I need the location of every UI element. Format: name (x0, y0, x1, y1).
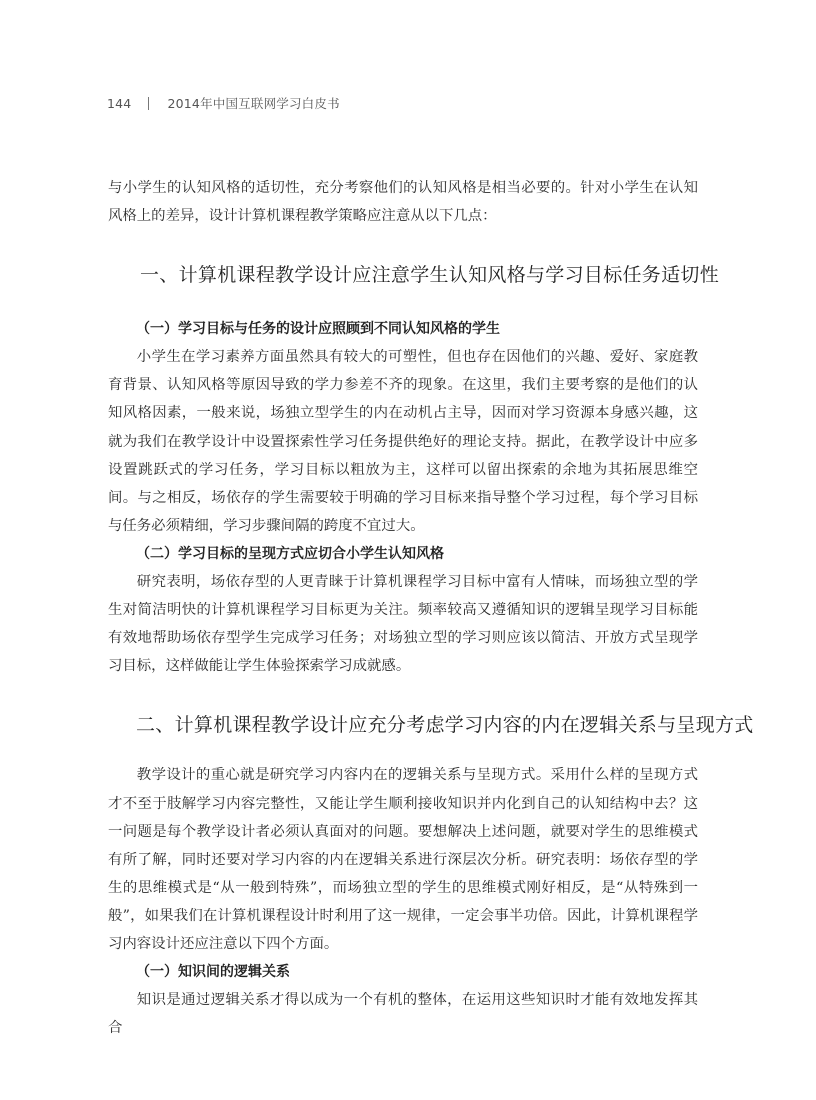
section-2-sub-1-heading: （一）知识间的逻辑关系 (108, 958, 698, 986)
section-1-sub-1-heading: （一）学习目标与任务的设计应照顾到不同认知风格的学生 (108, 315, 698, 343)
running-header: 144 2014年中国互联网学习白皮书 (107, 94, 340, 112)
page-content: 与小学生的认知风格的适切性，充分考察他们的认知风格是相当必要的。针对小学生在认知… (108, 174, 698, 1042)
intro-paragraph: 与小学生的认知风格的适切性，充分考察他们的认知风格是相当必要的。针对小学生在认知… (108, 174, 698, 230)
section-1-sub-2-heading: （二）学习目标的呈现方式应切合小学生认知风格 (108, 540, 698, 568)
page-number: 144 (107, 96, 131, 111)
header-divider (148, 97, 149, 110)
section-1-heading: 一、计算机课程教学设计应注意学生认知风格与学习目标任务适切性 (140, 260, 698, 287)
section-1-sub-2-paragraph: 研究表明，场依存型的人更青睐于计算机课程学习目标中富有人情味，而场独立型的学生对… (108, 568, 698, 680)
section-2-paragraph: 教学设计的重心就是研究学习内容内在的逻辑关系与呈现方式。采用什么样的呈现方式才不… (108, 761, 698, 958)
book-title: 2014年中国互联网学习白皮书 (167, 94, 339, 112)
section-2-sub-1-paragraph: 知识是通过逻辑关系才得以成为一个有机的整体，在运用这些知识时才能有效地发挥其合 (108, 986, 698, 1042)
section-1-sub-1-paragraph: 小学生在学习素养方面虽然具有较大的可塑性，但也存在因他们的兴趣、爱好、家庭教育背… (108, 343, 698, 540)
section-2-heading: 二、计算机课程教学设计应充分考虑学习内容的内在逻辑关系与呈现方式 (136, 710, 698, 737)
